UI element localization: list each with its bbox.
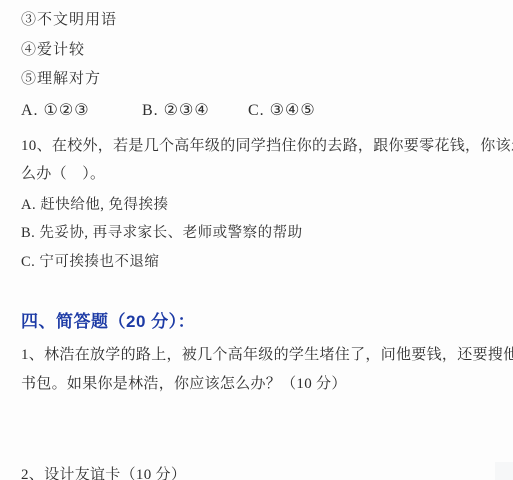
q10-option-b: B. 先妥协, 再寻求家长、老师或警察的帮助: [21, 225, 303, 242]
q9-answer-choice-a: A. ①②③: [21, 100, 90, 120]
section4-q2: 2、设计友谊卡（10 分）: [21, 466, 186, 480]
section4-q1-line2: 书包。如果你是林浩，你应该怎么办？（10 分）: [21, 375, 347, 393]
q9-option-4: ④爱计较: [21, 41, 85, 59]
q10-stem-line2: 么办（ ）。: [21, 165, 105, 183]
q9-answer-choice-c: C. ③④⑤: [248, 100, 316, 120]
q10-stem-line1: 10、在校外，若是几个高年级的同学挡住你的去路，跟你要零花钱，你该怎: [21, 137, 513, 155]
section4-q1-line1: 1、林浩在放学的路上，被几个高年级的学生堵住了，问他要钱，还要搜他的: [21, 346, 513, 364]
q9-answer-choice-b: B. ②③④: [142, 100, 210, 120]
exam-document-page: ③不文明用语 ④爱计较 ⑤理解对方 A. ①②③ B. ②③④ C. ③④⑤ 1…: [0, 0, 513, 480]
page-edge-shade: [495, 462, 513, 480]
q9-option-5: ⑤理解对方: [21, 70, 101, 88]
q10-option-c: C. 宁可挨揍也不退缩: [21, 254, 159, 271]
section4-heading: 四、简答题（20 分）：: [21, 312, 195, 332]
q9-answer-row: A. ①②③ B. ②③④ C. ③④⑤: [0, 100, 513, 120]
q9-option-3: ③不文明用语: [21, 11, 117, 29]
q10-option-a: A. 赶快给他, 免得挨揍: [21, 197, 168, 214]
